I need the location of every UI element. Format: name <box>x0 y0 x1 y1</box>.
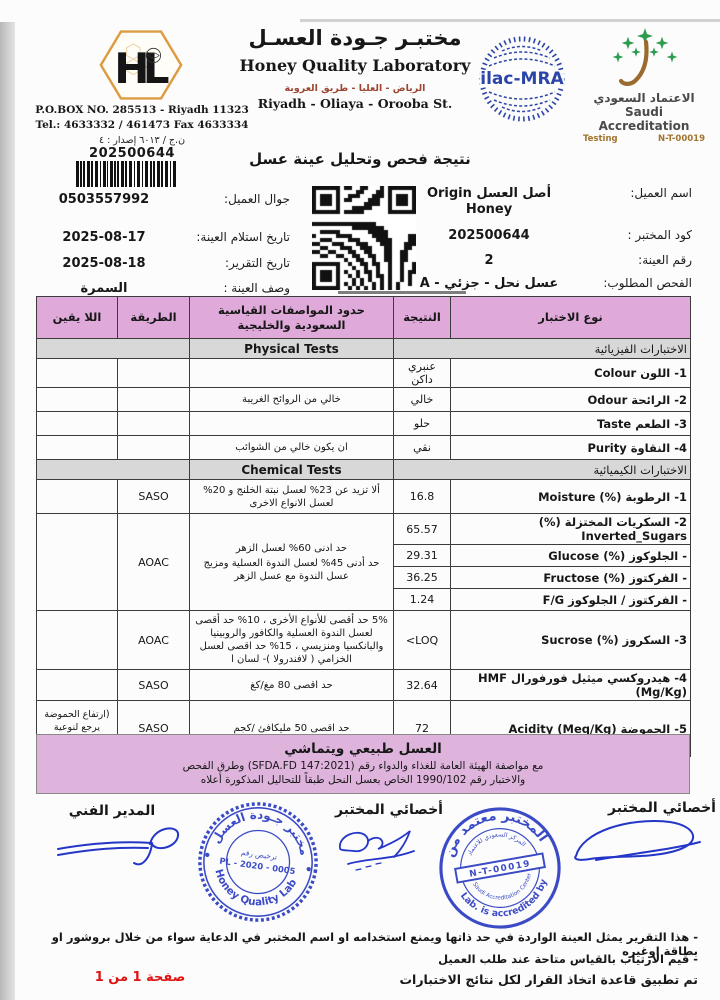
barcode-bar <box>142 161 143 187</box>
client-mobile-value: 0503557992 <box>34 192 174 207</box>
col-header-limits: حدود المواصفات القياسية السعودية والخليج… <box>190 297 394 339</box>
table-row-hmf: 4- هيدروكسي ميثيل فورفورال HMF (Mg/Kg)32… <box>37 670 691 701</box>
tel-line: Tel.: 4633332 / 461473 Fax 4633334 <box>14 119 270 131</box>
accreditation-stamp: المختبر معتمد من المركز السعودي للاعتماد… <box>436 804 564 932</box>
test-limit-cell: خالي من الروائح الغريبة <box>190 388 394 412</box>
test-name-cell: - الجلوكوز (%) Glucose <box>451 545 691 567</box>
test-result-cell: <LOQ <box>394 611 451 670</box>
section-header-row: الاختبارات الفيزيائيةPhysical Tests <box>37 339 691 359</box>
test-method-cell: SASO <box>118 670 190 701</box>
test-method-cell: AOAC <box>118 514 190 611</box>
section-title-english: Physical Tests <box>190 339 394 359</box>
limit-line: خالي من الروائح الغريبة <box>193 393 390 406</box>
table-row-moisture: 1- الرطوبة (%) Moisture16.8ألا تزيد عن 2… <box>37 480 691 514</box>
test-name-cell: 3- الطعم Taste <box>451 412 691 436</box>
client-name-value: أصل العسل Origin Honey <box>392 186 586 219</box>
signature-middle <box>328 816 446 882</box>
test-name-cell: 4- النقاوة Purity <box>451 436 691 460</box>
barcode-bar <box>117 161 119 187</box>
ilac-mra-logo: ilac-MRA <box>477 34 567 124</box>
test-uncertainty-cell <box>37 480 118 514</box>
limit-line: ألا تزيد عن 23% لعسل نبتة الخلنج و 20% ل… <box>193 484 390 510</box>
barcode-bar <box>173 161 176 187</box>
signature-left <box>50 818 206 874</box>
test-uncertainty-cell <box>37 412 118 436</box>
saudi-accreditation-arabic: الاعتماد السعودي <box>581 91 707 105</box>
test-limit-cell: 5% حد أقصى للأنواع الأخرى ، 10% حد أقصى … <box>190 611 394 670</box>
col-header-result: النتيجة <box>394 297 451 339</box>
test-result-cell: 1.24 <box>394 589 451 611</box>
col-header-method: الطريقة <box>118 297 190 339</box>
test-name-cell: 3- السكروز (%) Sucrose <box>451 611 691 670</box>
field-label: الفحص المطلوب: <box>586 276 692 290</box>
test-uncertainty-cell <box>37 611 118 670</box>
honey-lab-license-stamp: مختبر جـودة العسل ترخيص رقم PL - 2020 - … <box>194 798 322 926</box>
lab-address-arabic: الرياض - العليا - طريق العروبة <box>235 83 475 94</box>
test-name-cell: 2- الرائحة Odour <box>451 388 691 412</box>
field-label: تاريخ التقرير: <box>174 256 290 270</box>
results-table: نوع الاختبار النتيجة حدود المواصفات القي… <box>36 296 691 757</box>
scan-edge <box>0 22 15 1000</box>
table-row-inverted: 2- السكريات المختزلة (%) Inverted_Sugars… <box>37 514 691 545</box>
saudi-accreditation-english: Saudi Accreditation <box>581 105 707 133</box>
lab-address-english: Riyadh - Oliaya - Orooba St. <box>235 96 475 111</box>
test-limit-cell: حد اقصى 80 مغ/كغ <box>190 670 394 701</box>
conclusion-line2: مع مواصفة الهيئة العامة للغذاء والدواء ر… <box>37 760 689 772</box>
ilac-text: ilac-MRA <box>480 69 564 89</box>
barcode-bar <box>100 161 101 187</box>
barcode-bar <box>107 161 108 187</box>
field-label: كود المختبر : <box>586 228 692 242</box>
section-title-english: Chemical Tests <box>190 460 394 480</box>
test-name-cell: 1- الرطوبة (%) Moisture <box>451 480 691 514</box>
results-tbody: الاختبارات الفيزيائيةPhysical Tests1- ال… <box>37 339 691 757</box>
barcode-bar <box>137 161 140 187</box>
limit-line: حد اقصى 80 مغ/كغ <box>193 679 390 692</box>
sample-number-value: 2 <box>392 253 586 268</box>
barcode-bar <box>150 161 152 187</box>
table-row-purity: 4- النقاوة Purityنقيان يكون خالي من الشو… <box>37 436 691 460</box>
field-label: اسم العميل: <box>586 186 692 200</box>
signature-right <box>566 812 708 878</box>
barcode-bar <box>157 161 160 187</box>
col-header-test-type: نوع الاختبار <box>451 297 691 339</box>
barcode-bar <box>121 161 124 187</box>
results-table-head: نوع الاختبار النتيجة حدود المواصفات القي… <box>37 297 691 339</box>
table-row-colour: 1- اللون Colourعنبري داكن <box>37 359 691 388</box>
test-name-cell: - الفركتوز (%) Fructose <box>451 567 691 589</box>
receive-date-value: 2025-08-17 <box>34 230 174 245</box>
disclaimer-note-2: - قيم الارتياب بالقياس متاحة عند طلب الع… <box>20 952 698 966</box>
barcode-bar <box>129 161 132 187</box>
field-label: رقم العينة: <box>586 253 692 267</box>
field-label: جوال العميل: <box>174 192 290 206</box>
field-label: تاريخ استلام العينة: <box>174 230 290 244</box>
table-row-taste: 3- الطعم Tasteحلو <box>37 412 691 436</box>
technical-manager-label: المدير الفني <box>62 803 162 819</box>
scan-top-edge <box>300 19 720 22</box>
limit-line: 5% حد أقصى للأنواع الأخرى ، 10% حد أقصى … <box>193 614 390 666</box>
page-number: صفحة 1 من 1 <box>80 970 200 985</box>
test-name-cell: 1- اللون Colour <box>451 359 691 388</box>
test-limit-cell: ان يكون خالي من الشوائب <box>190 436 394 460</box>
barcode <box>76 161 186 187</box>
sample-info-left: جوال العميل:0503557992 تاريخ استلام العي… <box>34 192 290 305</box>
test-method-cell <box>118 388 190 412</box>
test-result-cell: نقي <box>394 436 451 460</box>
report-title: نتيجة فحص وتحليل عينة عسل <box>230 150 490 168</box>
lab-name-arabic: مختبـر جـودة العسـل <box>235 26 475 50</box>
barcode-bar <box>170 161 171 187</box>
saudi-accreditation-code: N-T-00019 <box>658 134 705 144</box>
test-method-cell <box>118 359 190 388</box>
test-result-cell: 36.25 <box>394 567 451 589</box>
test-name-cell: 4- هيدروكسي ميثيل فورفورال HMF (Mg/Kg) <box>451 670 691 701</box>
table-header-row: نوع الاختبار النتيجة حدود المواصفات القي… <box>37 297 691 339</box>
test-result-cell: 65.57 <box>394 514 451 545</box>
test-result-cell: خالي <box>394 388 451 412</box>
test-limit-cell: ألا تزيد عن 23% لعسل نبتة الخلنج و 20% ل… <box>190 480 394 514</box>
lab-code-value: 202500644 <box>392 228 586 243</box>
conclusion-line3: والاختبار رقم 1990/102 الخاص بعسل النحل … <box>37 774 689 786</box>
doc-code-line: ن.ج / ٦٠١٣ إصدار : ٤ <box>14 135 270 146</box>
saudi-accreditation-logo: الاعتماد السعودي Saudi Accreditation Tes… <box>581 26 707 144</box>
test-method-cell: AOAC <box>118 611 190 670</box>
test-limit-cell <box>190 412 394 436</box>
barcode-bar <box>165 161 168 187</box>
section-title-arabic: الاختبارات الكيميائية <box>394 460 691 480</box>
barcode-bar <box>161 161 163 187</box>
barcode-bar <box>83 161 85 187</box>
barcode-bar <box>95 161 98 187</box>
conclusion-line1: العسل طبيعي ويتماشي <box>37 741 689 757</box>
barcode-bar <box>76 161 79 187</box>
test-uncertainty-cell <box>37 670 118 701</box>
test-method-cell <box>118 436 190 460</box>
barcode-bar <box>103 161 106 187</box>
barcode-number: 202500644 <box>78 146 186 161</box>
col-header-uncertainty: اللا يقين <box>37 297 118 339</box>
field-label: وصف العينة : <box>174 281 290 295</box>
barcode-bar <box>110 161 113 187</box>
test-name-cell: 2- السكريات المختزلة (%) Inverted_Sugars <box>451 514 691 545</box>
barcode-bar <box>145 161 148 187</box>
saudi-testing-label: Testing <box>583 134 618 144</box>
lab-name-english: Honey Quality Laboratory <box>235 56 475 75</box>
logo-letters: HL <box>114 44 168 93</box>
test-uncertainty-cell <box>37 514 118 611</box>
honey-lab-hexagon-logo: HL <box>98 26 184 104</box>
table-row-odour: 2- الرائحة Odourخاليخالي من الروائح الغر… <box>37 388 691 412</box>
test-uncertainty-cell <box>37 436 118 460</box>
pobox-line: P.O.BOX NO. 285513 - Riyadh 11323 <box>14 104 270 116</box>
barcode-bar <box>153 161 155 187</box>
section-filler <box>37 460 190 480</box>
test-limit-cell <box>190 359 394 388</box>
saudi-palm-icon <box>589 26 699 90</box>
barcode-bar <box>134 161 135 187</box>
conclusion-band: العسل طبيعي ويتماشي مع مواصفة الهيئة الع… <box>36 734 690 794</box>
palm-trunk <box>621 42 647 84</box>
test-name-cell: - الفركتوز / الجلوكوز F/G <box>451 589 691 611</box>
test-method-cell <box>118 412 190 436</box>
test-uncertainty-cell <box>37 388 118 412</box>
barcode-bar <box>114 161 116 187</box>
section-filler <box>37 339 190 359</box>
required-test-value: عسل نحل - جزئي - A <box>392 276 586 291</box>
section-header-row: الاختبارات الكيميائيةChemical Tests <box>37 460 691 480</box>
barcode-bar <box>87 161 90 187</box>
limit-line: حد أدنى 45% لعسل الندوة العسلية ومزيج عس… <box>193 557 390 583</box>
test-result-cell: حلو <box>394 412 451 436</box>
test-method-cell: SASO <box>118 480 190 514</box>
test-result-cell: عنبري داكن <box>394 359 451 388</box>
limit-line: ان يكون خالي من الشوائب <box>193 441 390 454</box>
test-result-cell: 29.31 <box>394 545 451 567</box>
test-result-cell: 32.64 <box>394 670 451 701</box>
report-date-value: 2025-08-18 <box>34 256 174 271</box>
test-result-cell: 16.8 <box>394 480 451 514</box>
barcode-bar <box>91 161 93 187</box>
limit-line: حد ادنى 60% لعسل الزهر <box>193 542 390 555</box>
test-limit-cell: حد ادنى 60% لعسل الزهرحد أدنى 45% لعسل ا… <box>190 514 394 611</box>
table-row-sucrose: 3- السكروز (%) Sucrose<LOQ5% حد أقصى للأ… <box>37 611 691 670</box>
sample-description-value: السمرة <box>34 281 174 296</box>
sample-info-right: اسم العميل:أصل العسل Origin Honey كود ال… <box>392 186 692 299</box>
test-uncertainty-cell <box>37 359 118 388</box>
barcode-bar <box>80 161 82 187</box>
barcode-bar <box>125 161 127 187</box>
section-title-arabic: الاختبارات الفيزيائية <box>394 339 691 359</box>
